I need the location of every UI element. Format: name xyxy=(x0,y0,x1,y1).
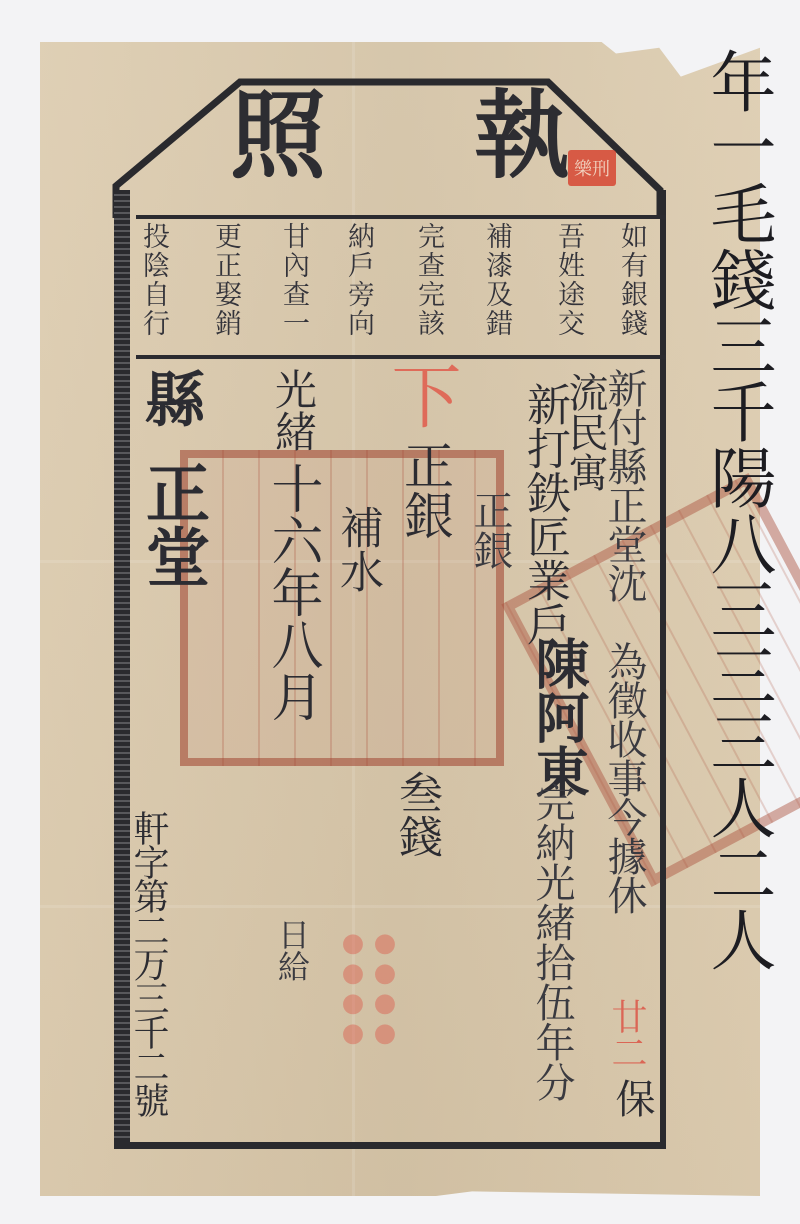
header-col-5: 納戶旁向 xyxy=(345,222,372,338)
frame-bottom-border xyxy=(114,1142,666,1149)
guarantor-end: 保 xyxy=(612,1078,652,1118)
document-title: 照 執 xyxy=(230,88,570,184)
issuer-column: 新付縣正堂沈 為徵收事今據休 xyxy=(604,368,644,914)
red-handwritten-number: 廿二 xyxy=(608,998,644,1070)
top-red-mark: 下 xyxy=(386,360,456,430)
header-bottom-rule xyxy=(136,355,666,359)
header-top-rule xyxy=(136,215,666,219)
header-col-2: 吾姓途交 xyxy=(555,222,582,338)
faint-red-stamp: ●●●● xyxy=(340,928,366,1048)
serial-number: 軒字第二万三千二號 xyxy=(130,810,166,1116)
frame-right-border xyxy=(660,190,666,1148)
header-col-1: 如有銀錢 xyxy=(618,222,645,338)
occupation-column: 新打鉄匠業戶 xyxy=(522,382,566,646)
title-red-seal: 樂刑 xyxy=(568,150,616,186)
day-issued: 日給 xyxy=(276,918,308,982)
header-col-6: 甘內查一 xyxy=(280,222,307,338)
header-col-4: 完查完該 xyxy=(415,222,442,338)
issue-date: 十六年八月 xyxy=(266,462,318,722)
title-char-2: 執 xyxy=(474,88,570,184)
title-char-1: 照 xyxy=(230,88,326,184)
faint-red-stamp: ●●●● xyxy=(372,928,398,1048)
tax-category-column: 正銀 xyxy=(400,440,450,540)
residence-column: 流民寓 xyxy=(565,372,605,492)
tax-amount-column: 正銀 xyxy=(470,490,510,570)
taxpayer-name: 陳阿東 xyxy=(532,636,586,798)
header-col-3: 補漆及錯 xyxy=(483,222,510,338)
county-official: 正堂 xyxy=(140,460,204,588)
amount-annotation: 叁錢 xyxy=(394,770,438,858)
payment-column: 完納光緒拾伍年分 xyxy=(532,782,572,1102)
header-col-8: 投陰自行 xyxy=(140,222,167,338)
county-label: 縣 xyxy=(140,368,200,428)
header-col-7: 更正娶銷 xyxy=(212,222,239,338)
supplement-column: 補水 xyxy=(335,505,379,593)
official-red-seal-square xyxy=(180,450,504,766)
side-annotation: 年一毛錢三千陽八三三三人二人 xyxy=(704,48,770,972)
era-name: 光緒 xyxy=(272,368,314,452)
